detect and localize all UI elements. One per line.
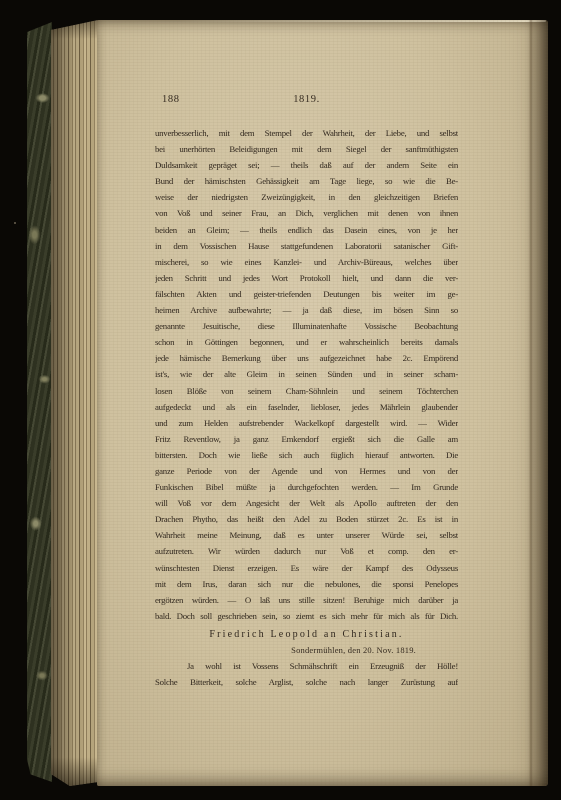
dust-speck [14,222,16,224]
text-line: losen Blöße von seinem Cham-Söhnlein und… [155,383,458,399]
text-line: und zum Helden aufstrebender Wackelkopf … [155,415,458,431]
text-line: weise der niedrigsten Zweizüngigkeit, in… [155,189,458,205]
text-line: bittersten. Doch wie ließe sich auch füg… [155,447,458,463]
text-line: Duldsamkeit gepräget sei; — theils daß a… [155,157,458,173]
text-line: mit dem Irus, daran sich nur die nebulon… [155,576,458,592]
text-line: bei unerhörten Beleidigungen mit dem Sie… [155,141,458,157]
text-line: Funkischen Bibel müßte ja durchgefochten… [155,479,458,495]
section-heading: Friedrich Leopold an Christian. [155,627,458,643]
text-line: unverbesserlich, mit dem Stempel der Wah… [155,125,458,141]
text-line: ergötzen würden. — O laß uns stille sitz… [155,592,458,608]
text-line: in dem Vossischen Hause stattgefundenen … [155,238,458,254]
text-line: bald. Doch soll geschrieben sein, so zie… [155,608,458,624]
page-stack-fore-edge [51,16,98,788]
photo-background: 188 1819. unverbesserlich, mit dem Stemp… [0,0,561,800]
body-lines: unverbesserlich, mit dem Stempel der Wah… [155,125,458,624]
dateline: Sondermühlen, den 20. Nov. 1819. [155,643,458,658]
gutter-shadow [526,20,548,786]
text-line: wünschtesten Dienst erzeigen. Es wäre de… [155,560,458,576]
text-line: Solche Bitterkeit, solche Arglist, solch… [155,674,458,690]
text-line: genannte Jesuitische, diese Illuminatenh… [155,318,458,334]
text-line: heimen Archive aufbewahrte; — ja daß die… [155,302,458,318]
text-line: ganze Periode von der Agende und von Her… [155,463,458,479]
text-line: ist's, wie der alte Gleim in seinen Sünd… [155,366,458,382]
text-line: schon in Göttingen begonnen, und er wahr… [155,334,458,350]
text-line: mischerei, so wie eines Kanzlei- und Arc… [155,254,458,270]
text-line: beiden an Gleim; — theils endlich das Da… [155,222,458,238]
text-line: aufgedeckt und als ein faselnder, lieblo… [155,399,458,415]
running-header: 188 1819. [155,94,458,109]
marbled-cover-edge [27,22,52,782]
text-line: jede hämische Bemerkung über uns aufgeze… [155,350,458,366]
text-line: jeden Schritt und jedes Wort Protokoll h… [155,270,458,286]
text-line: will Voß vor dem Angesicht der Welt als … [155,495,458,511]
text-line: Bund der hämischsten Gehässigkeit am Tag… [155,173,458,189]
running-head-year: 1819. [155,94,458,105]
text-line: Wahrheit meine Meinung, daß es unter uns… [155,527,458,543]
text-line: Drachen Phytho, das heißt den Adel zu Bo… [155,511,458,527]
book-page: 188 1819. unverbesserlich, mit dem Stemp… [97,20,548,786]
text-block: unverbesserlich, mit dem Stempel der Wah… [155,125,458,690]
text-line: aufzutreten. Wir würden dadurch nur Voß … [155,543,458,559]
text-line: fälschten Akten und geister-triefenden D… [155,286,458,302]
text-line: Ja wohl ist Vossens Schmähschrift ein Er… [155,658,458,674]
text-line: von Voß und seiner Frau, an Dich, vergli… [155,205,458,221]
book: 188 1819. unverbesserlich, mit dem Stemp… [27,14,548,790]
text-line: Fritz Reventlow, ja ganz Emkendorf ergie… [155,431,458,447]
